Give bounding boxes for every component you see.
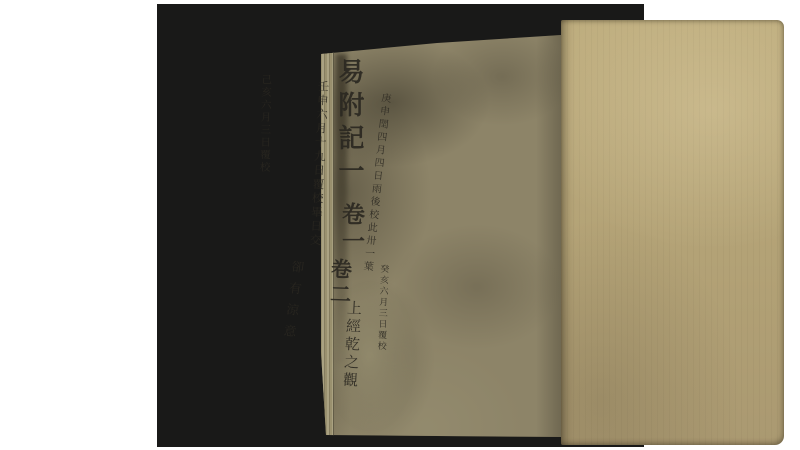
scan-backdrop: [157, 4, 644, 447]
cover-contents-note: 上經乾之觀: [342, 300, 362, 391]
scan-stage: 庚申閏四月四日雨後校此卅一葉 易附記一 卷一 卷二 上經乾之觀 癸亥六月三日覆校…: [0, 0, 800, 450]
cover-note-collation: 癸亥六月三日覆校: [375, 264, 387, 352]
cover-note-left: 己亥六月三日覆校: [259, 74, 271, 174]
cover-volume-one: 卷一: [340, 202, 363, 256]
blank-right-page: [561, 20, 784, 445]
cover-title: 易附記一: [336, 58, 362, 190]
